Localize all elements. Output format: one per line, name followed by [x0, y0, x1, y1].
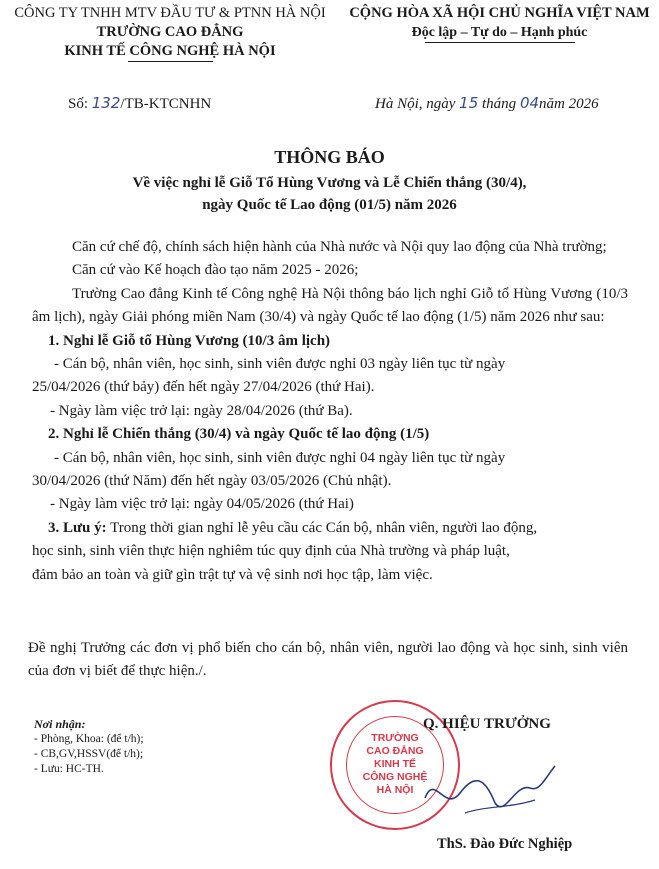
doc-number-value: 132: [92, 94, 121, 112]
date-prefix: Hà Nội, ngày: [375, 96, 459, 112]
paragraph-legal-basis-1: Căn cứ chế độ, chính sách hiện hành của …: [32, 236, 628, 259]
section-1-line1: - Cán bộ, nhân viên, học sinh, sinh viên…: [32, 353, 628, 376]
parent-company: CÔNG TY TNHH MTV ĐẦU TƯ & PTNN HÀ NỘI: [0, 4, 340, 23]
paragraph-legal-basis-2: Căn cứ vào Kế hoạch đào tạo năm 2025 - 2…: [32, 259, 628, 282]
school-name-line1: TRƯỜNG CAO ĐẲNG: [0, 23, 340, 42]
document-number: Số: 132/TB-KTCNHN: [68, 94, 211, 113]
subtitle-line2: ngày Quốc tế Lao động (01/5) năm 2026: [0, 194, 659, 216]
doc-number-suffix: /TB-KTCNHN: [120, 96, 211, 112]
section-2-heading: 2. Nghỉ lễ Chiến thắng (30/4) và ngày Qu…: [32, 423, 628, 446]
section-3-note: 3. Lưu ý: Trong thời gian nghỉ lễ yêu cầ…: [32, 517, 628, 540]
date-year: năm 2026: [539, 96, 599, 112]
handwritten-signature-icon: [415, 758, 565, 828]
date-day: 15: [459, 94, 478, 112]
section-1-line3: - Ngày làm việc trở lại: ngày 28/04/2026…: [32, 400, 628, 423]
document-subtitle: Về việc nghỉ lễ Giỗ Tổ Hùng Vương và Lễ …: [0, 172, 659, 216]
issuer-header: CÔNG TY TNHH MTV ĐẦU TƯ & PTNN HÀ NỘI TR…: [0, 4, 340, 62]
national-motto: Độc lập – Tự do – Hạnh phúc: [340, 23, 659, 42]
document-title: THÔNG BÁO: [0, 147, 659, 168]
recipients: Nơi nhận: - Phòng, Khoa: (để t/h); - CB,…: [34, 717, 144, 777]
doc-number-prefix: Số:: [68, 96, 92, 112]
note-cont-2: đảm bảo an toàn và giữ gìn trật tự và vệ…: [32, 564, 628, 587]
recipients-heading: Nơi nhận:: [34, 717, 144, 732]
section-1-line2: 25/04/2026 (thứ bảy) đến hết ngày 27/04/…: [32, 376, 628, 399]
note-label: 3. Lưu ý:: [48, 520, 107, 536]
section-2-line2: 30/04/2026 (thứ Năm) đến hết ngày 03/05/…: [32, 470, 628, 493]
subtitle-line1: Về việc nghỉ lễ Giỗ Tổ Hùng Vương và Lễ …: [0, 172, 659, 194]
document-body: Căn cứ chế độ, chính sách hiện hành của …: [32, 236, 628, 587]
national-title: CỘNG HÒA XÃ HỘI CHỦ NGHĨA VIỆT NAM: [340, 4, 659, 23]
date-month-label: tháng: [478, 96, 520, 112]
school-name-line2: KINH TẾ CÔNG NGHỆ HÀ NỘI: [0, 42, 340, 61]
recipient-item: - Lưu: HC-TH.: [34, 762, 144, 777]
signer-name: ThS. Đào Đức Nghiệp: [437, 836, 572, 853]
motto-divider: [425, 42, 575, 43]
national-header: CỘNG HÒA XÃ HỘI CHỦ NGHĨA VIỆT NAM Độc l…: [340, 4, 659, 43]
section-1-heading: 1. Nghỉ lễ Giỗ tổ Hùng Vương (10/3 âm lị…: [32, 330, 628, 353]
date-month: 04: [520, 94, 539, 112]
seal-text-line1: TRƯỜNG: [332, 732, 458, 744]
paragraph-announcement: Trường Cao đẳng Kinh tế Công nghệ Hà Nội…: [32, 283, 628, 330]
seal-text-line2: CAO ĐẲNG: [332, 745, 458, 757]
recipient-item: - Phòng, Khoa: (để t/h);: [34, 732, 144, 747]
recipient-item: - CB,GV,HSSV(để t/h);: [34, 747, 144, 762]
header-divider: [128, 61, 213, 62]
issue-date: Hà Nội, ngày 15 tháng 04năm 2026: [375, 94, 599, 113]
section-2-line1: - Cán bộ, nhân viên, học sinh, sinh viên…: [32, 447, 628, 470]
note-cont-1: học sinh, sinh viên thực hiện nghiêm túc…: [32, 540, 628, 563]
signer-title: Q. HIỆU TRƯỞNG: [423, 716, 551, 733]
note-text: Trong thời gian nghỉ lễ yêu cầu các Cán …: [107, 520, 538, 536]
section-2-line3: - Ngày làm việc trở lại: ngày 04/05/2026…: [32, 493, 628, 516]
closing-paragraph: Đề nghị Trưởng các đơn vị phổ biến cho c…: [28, 637, 628, 684]
